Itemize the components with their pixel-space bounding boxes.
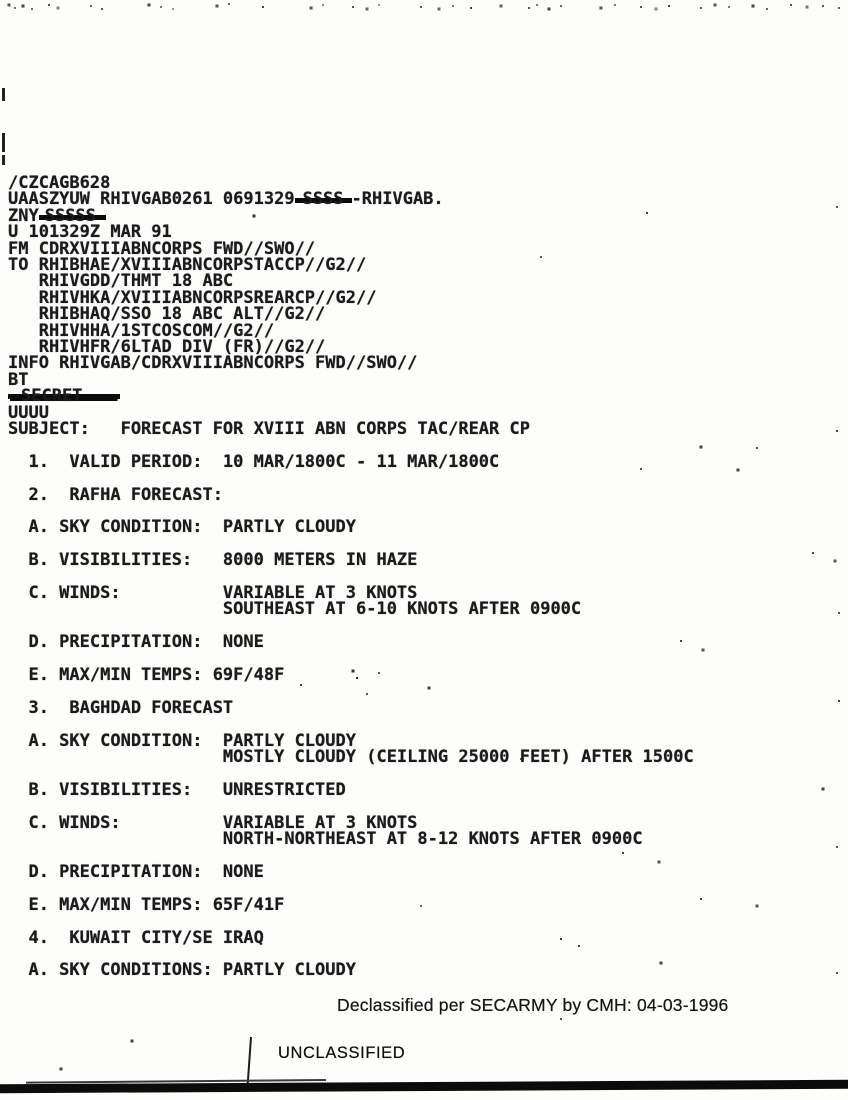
declassification-note: Declassified per SECARMY by CMH: 04-03-1… [337, 995, 729, 1016]
forecast-body: 1. VALID PERIOD: 10 MAR/1800C - 11 MAR/1… [8, 454, 694, 979]
left-edge-scan-mark [2, 133, 5, 152]
left-edge-scan-mark [2, 155, 5, 165]
left-edge-scan-mark [2, 88, 5, 101]
bottom-edge-scan-bar [0, 1080, 848, 1094]
scanned-document-page: /CZCAGB628 UAASZYUW RHIVGAB0261 0691329S… [0, 0, 848, 1100]
routing-line-post: -RHIVGAB. [352, 189, 444, 209]
vertical-scan-line [247, 1037, 252, 1086]
subject-block: UUUU SUBJECT: FORECAST FOR XVIII ABN COR… [8, 405, 530, 438]
redacted-classification-code: SSSS [295, 191, 352, 207]
unclassified-stamp: UNCLASSIFIED [278, 1044, 405, 1063]
message-header-block: U 101329Z MAR 91 FM CDRXVIIIABNCORPS FWD… [8, 224, 417, 388]
scan-noise-specks [0, 0, 2, 2]
